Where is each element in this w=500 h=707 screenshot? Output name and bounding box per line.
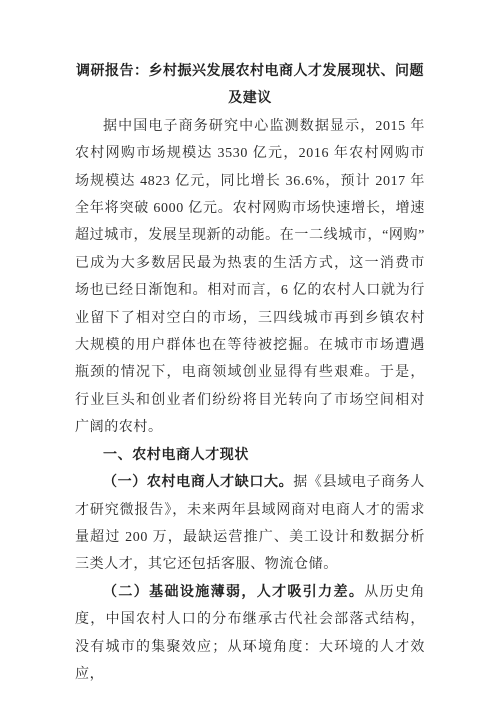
document-content: 调研报告：乡村振兴发展农村电商人才发展现状、问题及建议 据中国电子商务研究中心监…: [75, 58, 425, 688]
paragraph-point-1: （一）农村电商人才缺口大。据《县域电子商务人才研究微报告》，未来两年县域网商对电…: [75, 469, 425, 579]
paragraph-lead: （一）农村电商人才缺口大。: [103, 475, 293, 490]
section-heading-1: 一、农村电商人才现状: [75, 442, 425, 469]
paragraph-intro: 据中国电子商务研究中心监测数据显示，2015 年农村网购市场规模达 3530 亿…: [75, 113, 425, 442]
paragraph-point-2: （二）基础设施薄弱，人才吸引力差。从历史角度，中国农村人口的分布继承古代社会部落…: [75, 579, 425, 689]
document-page: 调研报告：乡村振兴发展农村电商人才发展现状、问题及建议 据中国电子商务研究中心监…: [0, 0, 500, 707]
paragraph-lead: （二）基础设施薄弱，人才吸引力差。: [103, 585, 364, 600]
paragraph-body: 据中国电子商务研究中心监测数据显示，2015 年农村网购市场规模达 3530 亿…: [75, 119, 425, 435]
document-title: 调研报告：乡村振兴发展农村电商人才发展现状、问题及建议: [75, 58, 425, 113]
page-number: 1: [0, 641, 500, 655]
